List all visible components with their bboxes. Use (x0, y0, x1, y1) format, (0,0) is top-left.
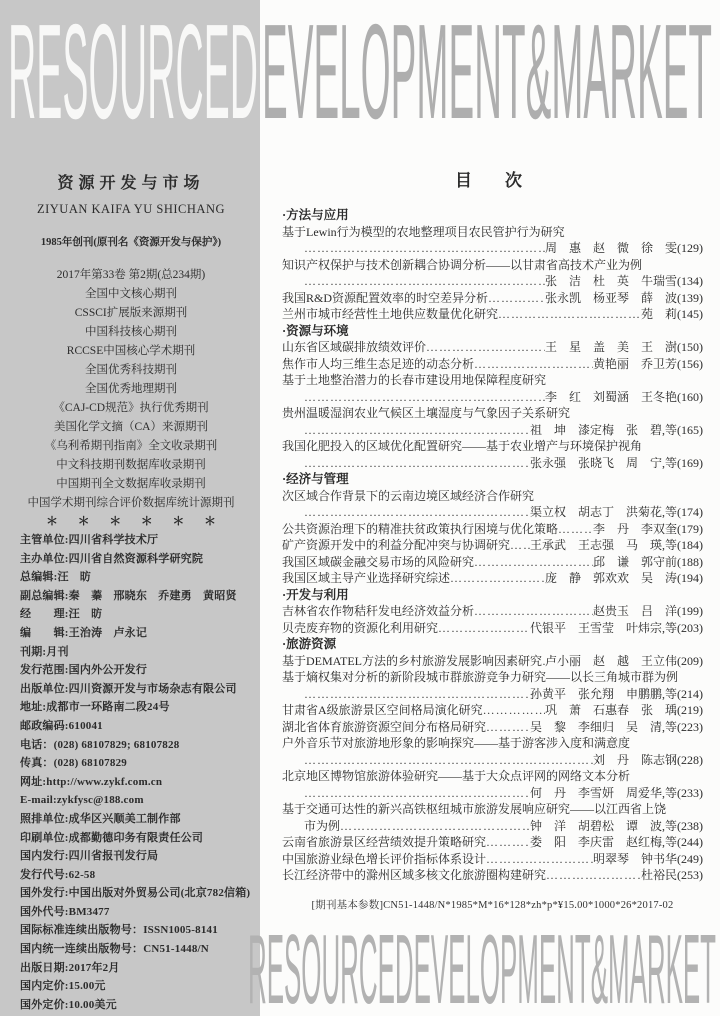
toc-authors-page: 赵贵玉 吕 洋(199) (593, 603, 703, 620)
toc-entry-authors-row: …………………………………………………………………………………………………………… (282, 752, 703, 769)
toc-item-title: 吉林省农作物秸秆发电经济效益分析 (282, 603, 474, 620)
toc-dots: ………………………………………………………………………………………………………… (438, 620, 530, 637)
info-line: 总编辑:汪 昉 (20, 568, 242, 587)
toc-authors-page: 李 丹 李双奎(179) (593, 521, 703, 538)
honor-line: RCCSE中国核心学术期刊 (20, 342, 242, 361)
toc-item-title: 我国R&D资源配置效率的时空差异分析 (282, 290, 488, 307)
toc-authors-page: 巩 萧 石惠春 张 瑀(219) (545, 702, 703, 719)
toc-authors-page: 王 星 盖 美 王 澍(150) (545, 339, 703, 356)
toc-dots: ………………………………………………………………………………………………………… (486, 834, 530, 851)
toc-item-title: 甘肃省A级旅游景区空间格局演化研究 (282, 702, 483, 719)
toc-authors-page: 张 洁 杜 英 牛瑞雪(134) (545, 273, 703, 290)
honor-line: 中国科技核心期刊 (20, 323, 242, 342)
toc-entry-authors-row: …………………………………………………………………………………………………………… (282, 273, 703, 290)
toc-entry-title-row: 贵州温暖湿润农业气候区土壤湿度与气象因子关系研究 (282, 405, 703, 422)
toc-authors-page: 张永强 张晓飞 周 宁,等(169) (530, 455, 703, 472)
honor-line: 中文科技期刊数据库收录期刊 (20, 456, 242, 475)
toc-authors-page: 周 惠 赵 微 徐 雯(129) (545, 240, 703, 257)
toc-entry-row: 我国区域主导产业选择研究综述……………………………………………………………………… (282, 570, 703, 587)
toc-section-heading: ·资源与环境 (282, 323, 703, 340)
toc-dots: ………………………………………………………………………………………………………… (510, 537, 530, 554)
honors-list: 全国中文核心期刊CSSCI扩展版来源期刊中国科技核心期刊RCCSE中国核心学术期… (20, 285, 242, 513)
toc-item-title: 兰州市城市经营性土地供应数量优化研究 (282, 306, 498, 323)
toc-dots: ………………………………………………………………………………………………………… (304, 785, 530, 802)
toc-item-title-cont: 市为例 (304, 818, 340, 835)
journal-parameters-footer: [期刊基本参数]CN51-1448/N*1985*M*16*128*zh*p*¥… (282, 897, 703, 912)
toc-item-title: 山东省区域碳排放绩效评价 (282, 339, 426, 356)
honor-line: 《CAJ-CD规范》执行优秀期刊 (20, 399, 242, 418)
journal-title-pinyin: ZIYUAN KAIFA YU SHICHANG (20, 202, 242, 217)
toc-entry-row: 甘肃省A级旅游景区空间格局演化研究……………………………………………………………… (282, 702, 703, 719)
honor-line: 中国学术期刊综合评价数据库统计源期刊 (20, 494, 242, 513)
toc-dots: ………………………………………………………………………………………………………… (486, 719, 530, 736)
toc-item-title: 矿产资源开发中的利益分配冲突与协调研究 (282, 537, 510, 554)
toc-authors-page: 黄艳丽 乔卫芳(156) (593, 356, 703, 373)
toc-section-heading: ·经济与管理 (282, 471, 703, 488)
toc-section-heading: ·方法与应用 (282, 207, 703, 224)
stars-divider: ＊＊＊＊＊＊ (20, 513, 242, 530)
toc-entry-row: 矿产资源开发中的利益分配冲突与协调研究………………………………………………………… (282, 537, 703, 554)
masthead-text-bottom: RESOURCEDEVELOPMENT&MARKET (248, 930, 716, 1016)
toc-item-title: 贵州温暖湿润农业气候区土壤湿度与气象因子关系研究 (282, 405, 570, 422)
toc-entry-row: 我国区域碳金融交易市场的风险研究………………………………………………………………… (282, 554, 703, 571)
info-line: 网址:http://www.zykf.com.cn (20, 773, 242, 792)
toc-entry-row: 贝壳废弃物的资源化利用研究………………………………………………………………………… (282, 620, 703, 637)
info-line: E-mail:zykfysc@188.com (20, 791, 242, 810)
masthead-text-right: EVELOPMENT&MARKET (262, 0, 712, 131)
toc-entry-row: 公共资源治理下的精准扶贫政策执行困境与优化策略……………………………………………… (282, 521, 703, 538)
info-line: 照排单位:成华区兴顺美工制作部 (20, 810, 242, 829)
toc-item-title: 我国化肥投入的区域优化配置研究——基于农业增产与环境保护视角 (282, 438, 642, 455)
toc-item-title: 焦作市人均三维生态足迹的动态分析 (282, 356, 474, 373)
toc-dots: ………………………………………………………………………………………………………… (304, 273, 545, 290)
toc-entry-authors-row: …………………………………………………………………………………………………………… (282, 785, 703, 802)
toc-item-title: 公共资源治理下的精准扶贫政策执行困境与优化策略 (282, 521, 558, 538)
toc-entry-authors-row: 市为例…………………………………………………………………………………………………… (282, 818, 703, 835)
toc-authors-page: 卢小丽 赵 越 王立伟(209) (545, 653, 703, 670)
toc-authors-page: 明翠琴 钟书华(249) (593, 851, 703, 868)
journal-toc-page: RESOURCED EVELOPMENT&MARKET 资源开发与市场 ZIYU… (0, 0, 720, 1016)
info-line: 国外代号:BM3477 (20, 903, 242, 922)
info-line: 印刷单位:成都勤德印务有限责任公司 (20, 829, 242, 848)
honor-line: 美国化学文摘（CA）来源期刊 (20, 418, 242, 437)
toc-entry-row: 基于DEMATEL方法的乡村旅游发展影响因素研究…………………………………………… (282, 653, 703, 670)
info-line: 出版单位:四川资源开发与市场杂志有限公司 (20, 680, 242, 699)
toc-entry-authors-row: …………………………………………………………………………………………………………… (282, 455, 703, 472)
star-glyph: ＊ (78, 513, 90, 530)
toc-authors-page: 王承武 王志强 马 瑛,等(184) (530, 537, 703, 554)
info-line: 经 理:汪 昉 (20, 605, 242, 624)
info-line: 副总编辑:秦 蓁 邢晓东 乔建勇 黄昭贤 (20, 587, 242, 606)
toc-dots: ………………………………………………………………………………………………………… (498, 306, 641, 323)
top-masthead-banner: RESOURCED EVELOPMENT&MARKET (0, 0, 720, 131)
honor-line: 《乌利希期刊指南》全文收录期刊 (20, 437, 242, 456)
toc-authors-page: 孙黄平 张允翔 申鹏鹏,等(214) (530, 686, 703, 703)
toc-dots: ………………………………………………………………………………………………………… (474, 356, 593, 373)
star-glyph: ＊ (172, 513, 184, 530)
table-of-contents: 目 次 ·方法与应用基于Lewin行为模型的农地整理项目农民管护行为研究…………… (282, 166, 703, 912)
info-line: 传真：(028) 68107829 (20, 754, 242, 773)
toc-authors-page: 李 红 刘蜀涵 王冬艳(160) (545, 389, 703, 406)
info-line: 发行范围:国内外公开发行 (20, 661, 242, 680)
honor-line: CSSCI扩展版来源期刊 (20, 304, 242, 323)
journal-title-cn: 资源开发与市场 (20, 170, 242, 193)
toc-item-title: 知识产权保护与技术创新耦合协调分析——以甘肃省高技术产业为例 (282, 257, 642, 274)
info-line: 编 辑:王治涛 卢永记 (20, 624, 242, 643)
info-line: 主管单位:四川省科学技术厅 (20, 531, 242, 550)
toc-entry-title-row: 我国化肥投入的区域优化配置研究——基于农业增产与环境保护视角 (282, 438, 703, 455)
toc-dots: ………………………………………………………………………………………………………… (304, 389, 545, 406)
toc-entry-title-row: 北京地区博物馆旅游体验研究——基于大众点评网的网络文本分析 (282, 768, 703, 785)
honor-line: 中国期刊全文数据库收录期刊 (20, 475, 242, 494)
toc-section-heading: ·旅游资源 (282, 636, 703, 653)
toc-authors-page: 渠立权 胡志丁 洪菊花,等(174) (530, 504, 703, 521)
toc-entry-authors-row: …………………………………………………………………………………………………………… (282, 240, 703, 257)
toc-dots: ………………………………………………………………………………………………………… (304, 686, 530, 703)
toc-dots: ………………………………………………………………………………………………………… (304, 455, 530, 472)
info-line: 主办单位:四川省自然资源科学研究院 (20, 550, 242, 569)
info-line: 电话：(028) 68107829; 68107828 (20, 736, 242, 755)
toc-authors-page: 苑 莉(145) (641, 306, 703, 323)
toc-dots: ………………………………………………………………………………………………………… (304, 752, 593, 769)
toc-item-title: 我国区域主导产业选择研究综述 (282, 570, 450, 587)
toc-item-title: 基于Lewin行为模型的农地整理项目农民管护行为研究 (282, 224, 565, 241)
toc-item-title: 中国旅游业绿色增长评价指标体系设计 (282, 851, 486, 868)
info-line: 发行代号:62-58 (20, 866, 242, 885)
masthead-text-left: RESOURCED (8, 0, 258, 131)
star-glyph: ＊ (141, 513, 153, 530)
star-glyph: ＊ (109, 513, 121, 530)
toc-authors-page: 娄 阳 李庆雷 赵红梅,等(244) (530, 834, 703, 851)
toc-authors-page: 祖 坤 漆定梅 张 碧,等(165) (530, 422, 703, 439)
toc-section-heading: ·开发与利用 (282, 587, 703, 604)
toc-item-title: 北京地区博物馆旅游体验研究——基于大众点评网的网络文本分析 (282, 768, 630, 785)
toc-entry-row: 兰州市城市经营性土地供应数量优化研究…………………………………………………………… (282, 306, 703, 323)
toc-authors-page: 杜裕民(253) (641, 867, 703, 884)
toc-item-title: 基于熵权集对分析的新阶段城市群旅游竞争力研究——以长三角城市群为例 (282, 669, 678, 686)
toc-dots: ………………………………………………………………………………………………………… (546, 867, 641, 884)
toc-entry-row: 我国R&D资源配置效率的时空差异分析…………………………………………………………… (282, 290, 703, 307)
toc-entry-authors-row: …………………………………………………………………………………………………………… (282, 504, 703, 521)
info-line: 刊期:月刊 (20, 643, 242, 662)
toc-item-title: 户外音乐节对旅游地形象的影响探究——基于游客涉入度和满意度 (282, 735, 630, 752)
toc-authors-page: 钟 洋 胡碧松 谭 波,等(238) (530, 818, 703, 835)
toc-entry-title-row: 知识产权保护与技术创新耦合协调分析——以甘肃省高技术产业为例 (282, 257, 703, 274)
toc-entry-row: 吉林省农作物秸秆发电经济效益分析………………………………………………………………… (282, 603, 703, 620)
toc-item-title: 湖北省体育旅游资源空间分布格局研究 (282, 719, 486, 736)
toc-entry-title-row: 基于土地整治潜力的长春市建设用地保障程度研究 (282, 372, 703, 389)
journal-issue-line: 2017年第33卷 第2期(总234期) (20, 266, 242, 285)
info-line: 邮政编码:610041 (20, 717, 242, 736)
honor-line: 全国优秀科技期刊 (20, 361, 242, 380)
toc-entry-title-row: 次区域合作背景下的云南边境区域经济合作研究 (282, 488, 703, 505)
honor-line: 全国中文核心期刊 (20, 285, 242, 304)
bottom-masthead-banner: RESOURCEDEVELOPMENT&MARKET (0, 930, 720, 1016)
toc-dots: ………………………………………………………………………………………………………… (488, 290, 545, 307)
toc-entry-row: 云南省旅游景区经营绩效提升策略研究……………………………………………………………… (282, 834, 703, 851)
toc-entry-authors-row: …………………………………………………………………………………………………………… (282, 422, 703, 439)
toc-entry-row: 长江经济带中的滁州区域多核文化旅游圈构建研究………………………………………………… (282, 867, 703, 884)
toc-item-title: 基于DEMATEL方法的乡村旅游发展影响因素研究 (282, 653, 542, 670)
toc-entry-row: 焦作市人均三维生态足迹的动态分析………………………………………………………………… (282, 356, 703, 373)
toc-entry-authors-row: …………………………………………………………………………………………………………… (282, 389, 703, 406)
toc-item-title: 次区域合作背景下的云南边境区域经济合作研究 (282, 488, 534, 505)
toc-dots: ………………………………………………………………………………………………………… (304, 240, 545, 257)
toc-dots: ………………………………………………………………………………………………………… (558, 521, 593, 538)
toc-authors-page: 吴 黎 李细归 吴 清,等(223) (530, 719, 703, 736)
toc-entry-authors-row: …………………………………………………………………………………………………………… (282, 686, 703, 703)
toc-authors-page: 刘 丹 陈志钢(228) (593, 752, 703, 769)
toc-dots: ………………………………………………………………………………………………………… (426, 339, 545, 356)
toc-dots: ………………………………………………………………………………………………………… (304, 422, 530, 439)
toc-entry-title-row: 基于Lewin行为模型的农地整理项目农民管护行为研究 (282, 224, 703, 241)
info-line: 地址:成都市一环路南二段24号 (20, 698, 242, 717)
toc-entry-row: 中国旅游业绿色增长评价指标体系设计……………………………………………………………… (282, 851, 703, 868)
info-line: 国内发行:四川省报刊发行局 (20, 847, 242, 866)
toc-authors-page: 代银平 王雪莹 叶炜宗,等(203) (530, 620, 703, 637)
toc-authors-page: 何 丹 李雪妍 周爱华,等(233) (530, 785, 703, 802)
toc-authors-page: 庞 静 郭欢欢 吴 涛(194) (545, 570, 703, 587)
toc-entry-row: 湖北省体育旅游资源空间分布格局研究……………………………………………………………… (282, 719, 703, 736)
journal-founded-line: 1985年创刊(原刊名《资源开发与保护》) (20, 234, 242, 249)
info-line: 国外发行:中国出版对外贸易公司(北京782信箱) (20, 884, 242, 903)
toc-entry-row: 山东省区域碳排放绩效评价…………………………………………………………………………… (282, 339, 703, 356)
toc-entry-title-row: 户外音乐节对旅游地形象的影响探究——基于游客涉入度和满意度 (282, 735, 703, 752)
toc-item-title: 贝壳废弃物的资源化利用研究 (282, 620, 438, 637)
toc-dots: ………………………………………………………………………………………………………… (474, 554, 593, 571)
toc-authors-page: 张永凯 杨亚琴 薛 波(139) (545, 290, 703, 307)
toc-title: 目 次 (282, 166, 703, 191)
toc-item-title: 基于交通可达性的新兴高铁枢纽城市旅游发展响应研究——以江西省上饶 (282, 801, 666, 818)
toc-dots: ………………………………………………………………………………………………………… (304, 504, 530, 521)
journal-info-sidebar: 资源开发与市场 ZIYUAN KAIFA YU SHICHANG 1985年创刊… (20, 170, 242, 1014)
toc-item-title: 云南省旅游景区经营绩效提升策略研究 (282, 834, 486, 851)
star-glyph: ＊ (46, 513, 58, 530)
honor-line: 全国优秀地理期刊 (20, 380, 242, 399)
toc-item-title: 基于土地整治潜力的长春市建设用地保障程度研究 (282, 372, 546, 389)
toc-dots: ………………………………………………………………………………………………………… (450, 570, 545, 587)
star-glyph: ＊ (204, 513, 216, 530)
toc-dots: ………………………………………………………………………………………………………… (486, 851, 593, 868)
toc-item-title: 长江经济带中的滁州区域多核文化旅游圈构建研究 (282, 867, 546, 884)
toc-authors-page: 邱 谦 郭守前(188) (593, 554, 703, 571)
toc-entry-title-row: 基于交通可达性的新兴高铁枢纽城市旅游发展响应研究——以江西省上饶 (282, 801, 703, 818)
toc-sections: ·方法与应用基于Lewin行为模型的农地整理项目农民管护行为研究……………………… (282, 207, 703, 884)
toc-entry-title-row: 基于熵权集对分析的新阶段城市群旅游竞争力研究——以长三角城市群为例 (282, 669, 703, 686)
toc-dots: ………………………………………………………………………………………………………… (483, 702, 545, 719)
toc-dots: ………………………………………………………………………………………………………… (474, 603, 593, 620)
toc-item-title: 我国区域碳金融交易市场的风险研究 (282, 554, 474, 571)
toc-dots: ………………………………………………………………………………………………………… (340, 818, 530, 835)
